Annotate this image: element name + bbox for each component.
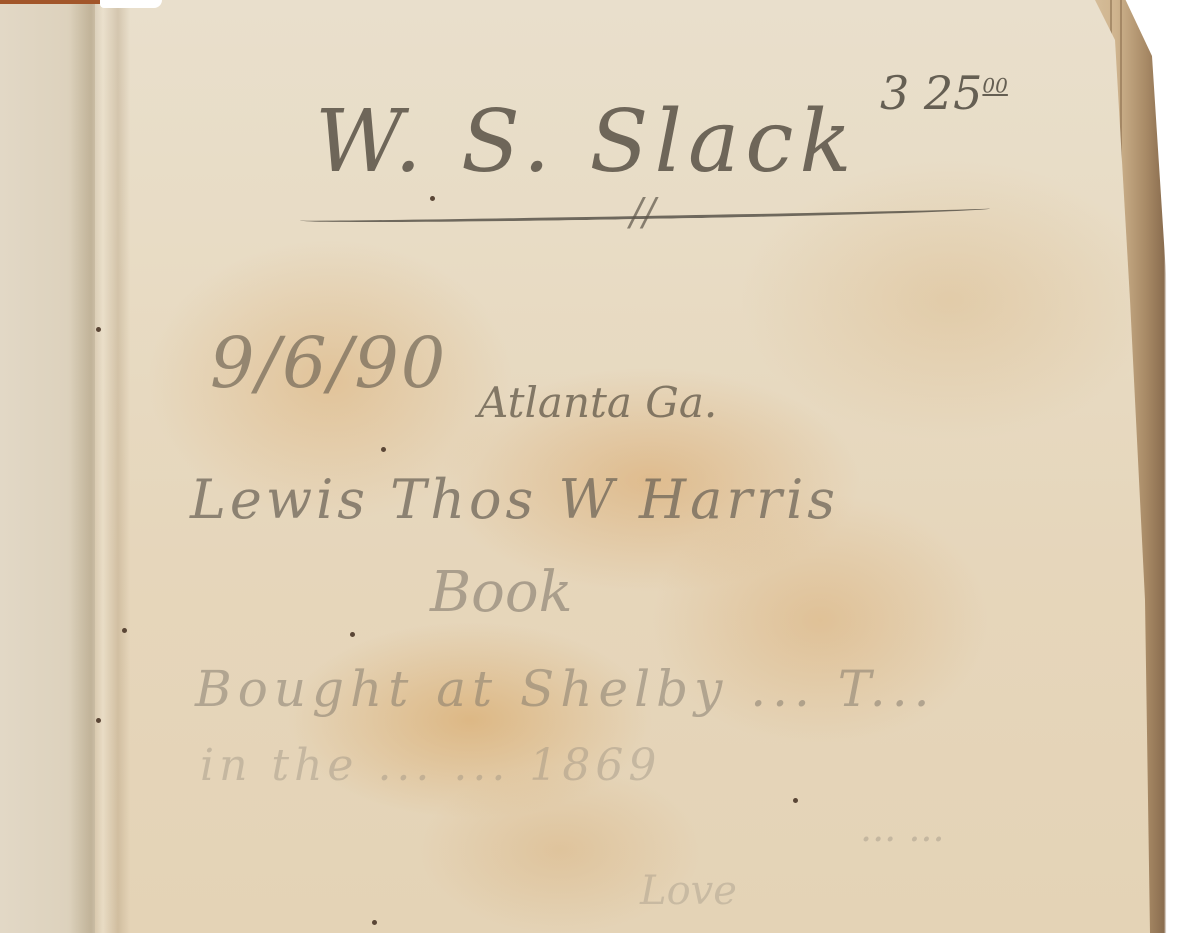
faded-inscription-line: ... ... — [860, 806, 945, 850]
foxing-spot — [96, 327, 101, 332]
book-word-inscription: Book — [430, 560, 573, 625]
date-inscription: 9/6/90 — [210, 322, 447, 404]
tick-mark: // — [630, 190, 656, 234]
place-inscription: Atlanta Ga. — [478, 378, 717, 427]
flyleaf-page: W. S. Slack 3 2500 // 9/6/90 Atlanta Ga.… — [0, 0, 1150, 933]
book-gutter — [70, 0, 130, 933]
torn-corner — [100, 0, 162, 8]
foxing-spot — [381, 447, 386, 452]
faded-inscription-line: Love — [640, 868, 737, 914]
price-value: 3 25 — [880, 66, 982, 120]
book-photo: W. S. Slack 3 2500 // 9/6/90 Atlanta Ga.… — [0, 0, 1200, 933]
price-inscription: 3 2500 — [880, 66, 1008, 120]
foxing-spot — [350, 632, 355, 637]
bought-inscription: Bought at Shelby ... T... — [195, 660, 935, 718]
foxing-spot — [372, 920, 377, 925]
binding-edge — [0, 0, 105, 4]
owner-inscription: Lewis Thos W Harris — [190, 468, 839, 531]
signature-inscription: W. S. Slack — [315, 92, 858, 192]
foxing-spot — [122, 628, 127, 633]
faded-inscription-line: in the ... ... 1869 — [200, 740, 661, 791]
foxing-spot — [430, 196, 435, 201]
price-cents: 00 — [982, 74, 1007, 98]
foxing-spot — [96, 718, 101, 723]
foxing-spot — [793, 798, 798, 803]
